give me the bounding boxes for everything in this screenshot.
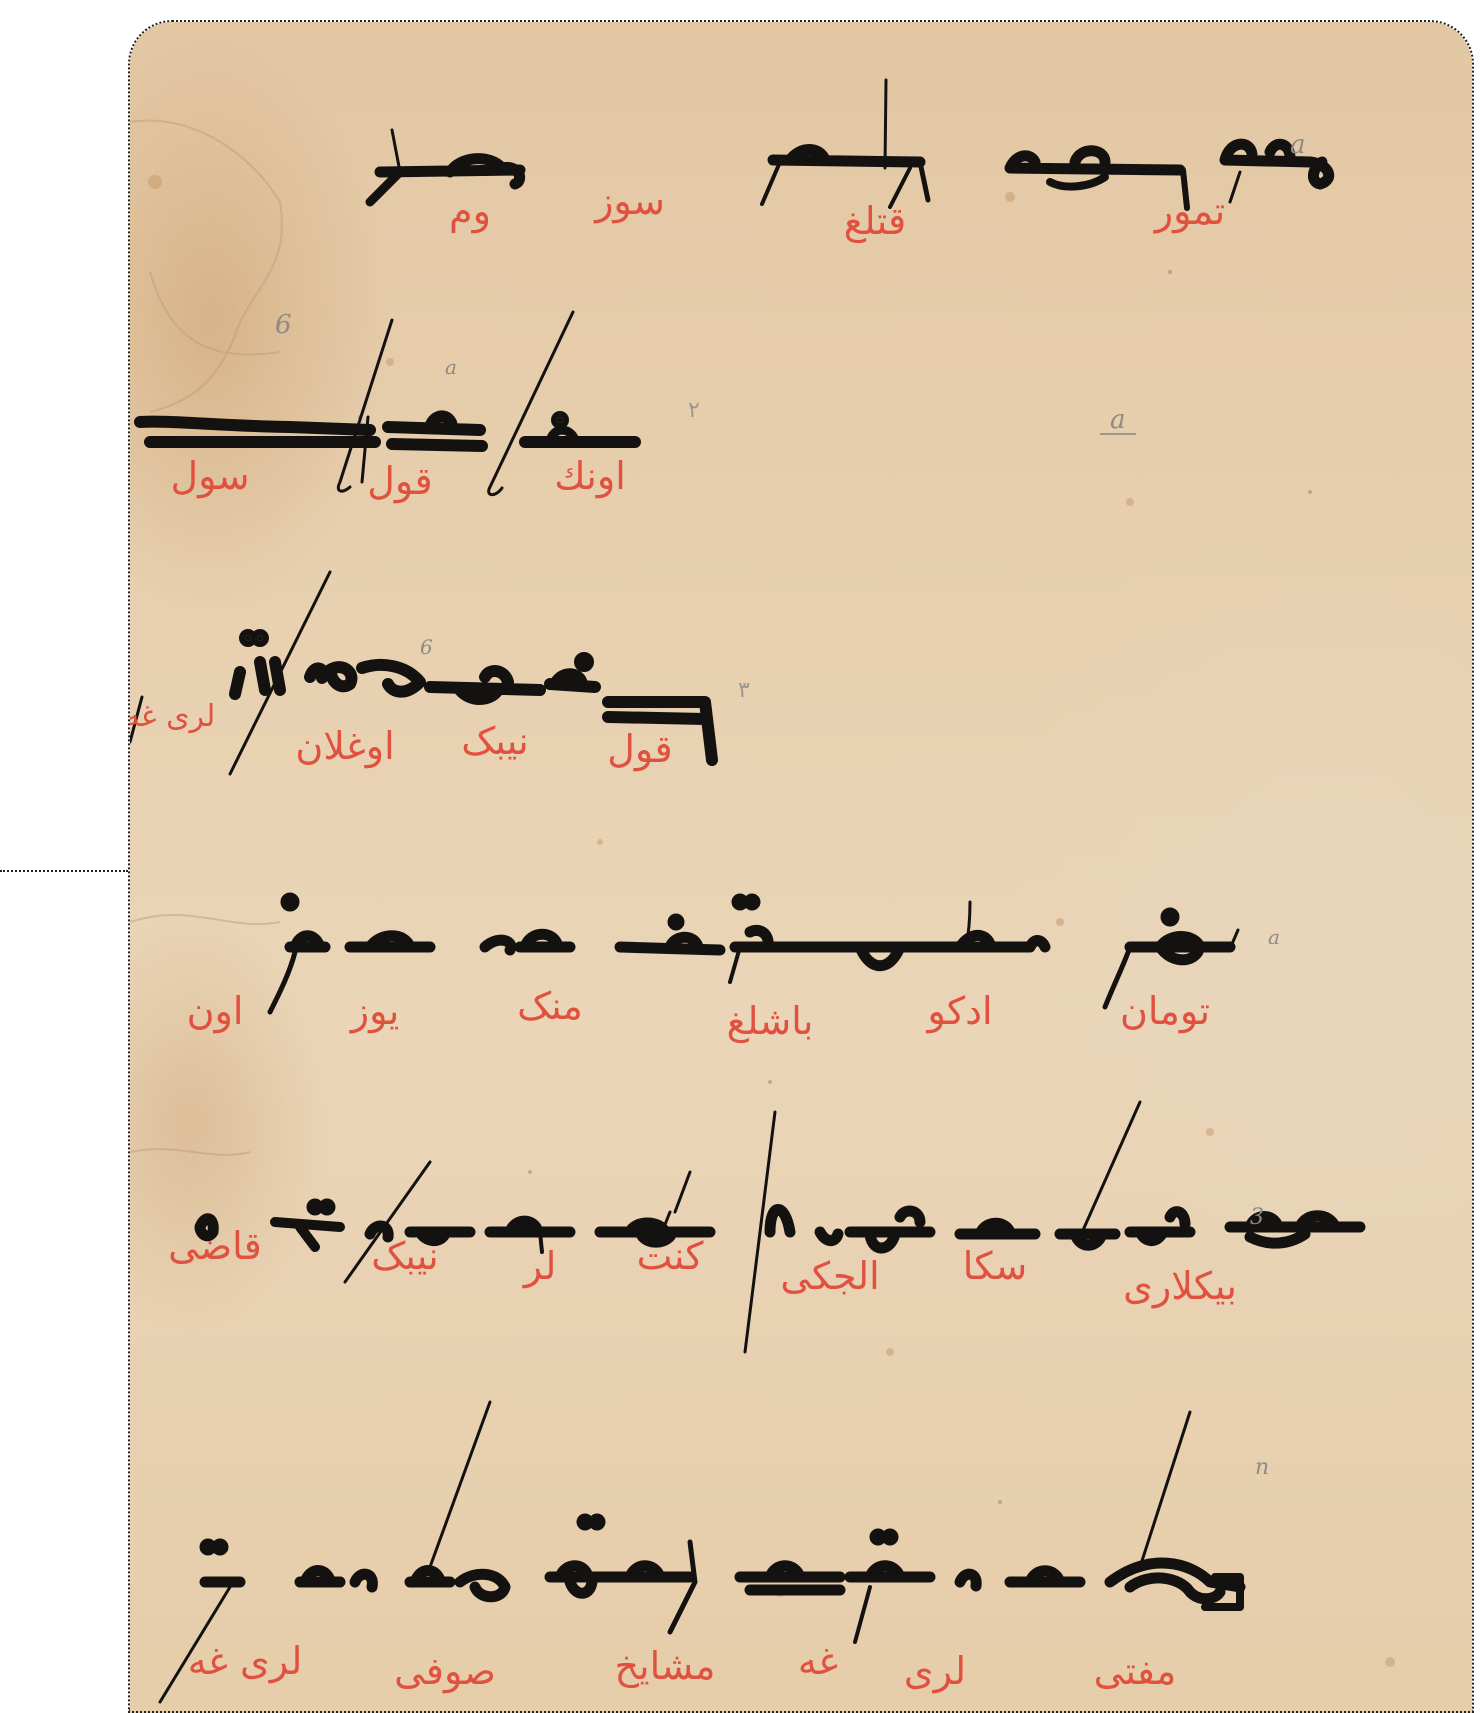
margin-note-row2-2: a [445,357,457,377]
pencil-annotations: a 6 a a ٢ 6 ٣ a 3 n [130,22,1472,1713]
margin-note-row3: 6 [420,637,433,657]
manuscript-page-image[interactable]: تمور قتلغ سوز وم اونك قول سول قول نیبک ا… [130,22,1472,1713]
margin-note-row2-1: 6 [275,312,292,338]
line-number-3: ٣ [738,680,750,702]
margin-note-row1: a [1290,132,1306,158]
margin-note-row4: a [1268,927,1280,947]
margin-note-row6: n [1255,1457,1269,1479]
selection-leader-line [0,870,128,872]
line-number-2: ٢ [688,400,700,422]
margin-note-row2-3: a [1100,407,1136,435]
margin-note-row5: 3 [1250,1207,1264,1229]
